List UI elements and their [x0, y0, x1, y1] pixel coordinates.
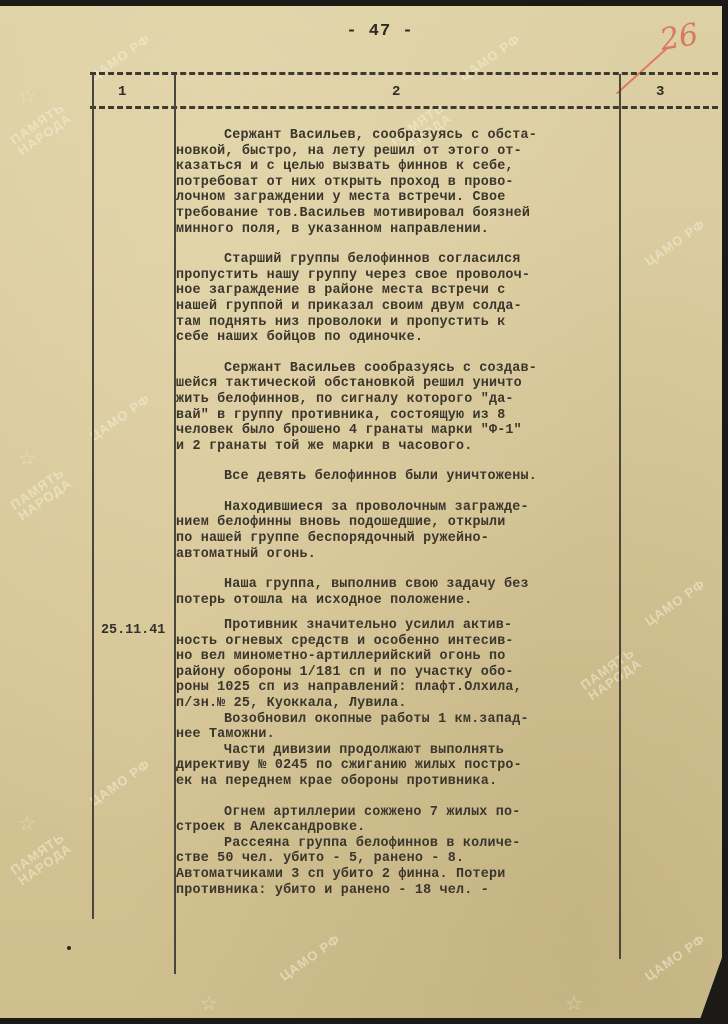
entry-date: 25.11.41 — [101, 623, 165, 638]
watermark-camo: ЦАМО РФ — [88, 757, 153, 808]
watermark-camo: ЦАМО РФ — [278, 932, 343, 983]
watermark-camo: ЦАМО РФ — [643, 217, 708, 268]
paragraph: Находившиеся за проволочным загражде- ни… — [176, 500, 626, 562]
paragraph: Возобновил окопные работы 1 км.запад- не… — [176, 712, 626, 743]
binding-hole — [67, 946, 71, 950]
star-icon: ☆ — [18, 84, 36, 108]
column-header-1: 1 — [118, 84, 126, 100]
paragraph: Наша группа, выполнив свою задачу без по… — [176, 577, 626, 608]
table-header-rule — [90, 106, 718, 109]
page-number: - 47 - — [0, 22, 728, 41]
paragraph: Старший группы белофиннов согласился про… — [176, 252, 626, 346]
watermark-memory: ПАМЯТЬ НАРОДА — [8, 101, 74, 158]
paragraph: Огнем артиллерии сожжено 7 жилых по- стр… — [176, 805, 626, 836]
report-body-entry-2: Противник значительно усилил актив- ност… — [176, 618, 626, 913]
paragraph: Сержант Васильев сообразуясь с создав- ш… — [176, 361, 626, 455]
paragraph: Сержант Васильев, сообразуясь с обста- н… — [176, 128, 626, 237]
paragraph: Рассеяна группа белофиннов в количе- ств… — [176, 836, 626, 898]
table-top-rule — [90, 72, 718, 75]
watermark-camo: ЦАМО РФ — [643, 577, 708, 628]
watermark-camo: ЦАМО РФ — [88, 392, 153, 443]
column-header-3: 3 — [656, 84, 664, 100]
paragraph: Противник значительно усилил актив- ност… — [176, 618, 626, 712]
star-icon: ☆ — [565, 991, 583, 1015]
column-divider-left — [92, 74, 94, 919]
star-icon: ☆ — [200, 991, 218, 1015]
watermark-memory: ПАМЯТЬ НАРОДА — [8, 831, 74, 888]
watermark-camo: ЦАМО РФ — [643, 932, 708, 983]
star-icon: ☆ — [18, 811, 36, 835]
column-header-2: 2 — [392, 84, 400, 100]
star-icon: ☆ — [18, 446, 36, 470]
report-body: Сержант Васильев, сообразуясь с обста- н… — [176, 128, 626, 623]
document-page: ЦАМО РФ ЦАМО РФ ЦАМО РФ ЦАМО РФ ЦАМО РФ … — [0, 6, 722, 1018]
watermark-memory: ПАМЯТЬ НАРОДА — [8, 466, 74, 523]
paragraph: Части дивизии продолжают выполнять дирек… — [176, 743, 626, 790]
paragraph: Все девять белофиннов были уничтожены. — [176, 469, 626, 485]
